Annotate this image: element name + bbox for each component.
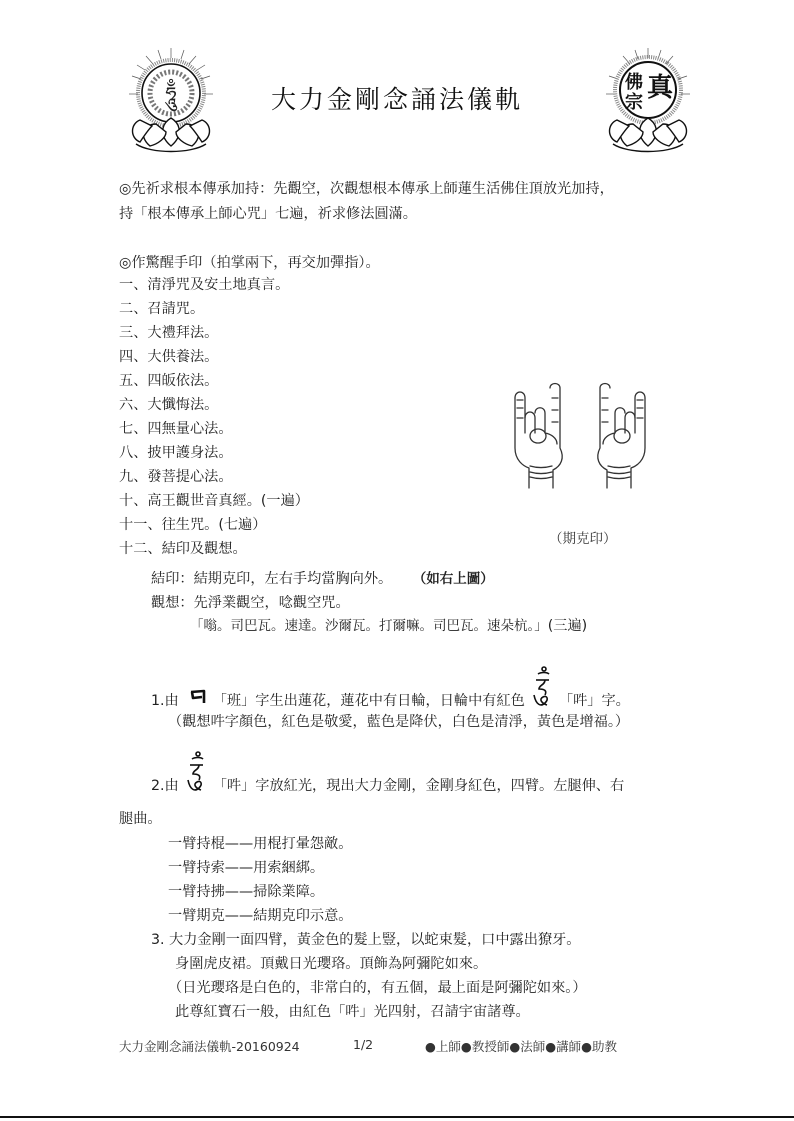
mantra-repeat: (三遍) [548,618,587,634]
seal-line: 結印：結期克印，左右手均當胸向外。 （如右上圖） [151,570,494,588]
tibetan-ban-syllable-icon [189,689,207,707]
list-item: 三、大禮拜法。 [119,324,218,342]
list-item: 九、發菩提心法。 [119,468,233,486]
page-title: 大力金剛念誦法儀軌 [240,80,554,116]
visualize-line: 觀想：先淨業觀空，唸觀空咒。 [151,594,350,612]
mantra-text: 「嗡。司巴瓦。速達。沙爾瓦。打爾嘛。司巴瓦。速朵杭。」 [190,618,548,634]
svg-text:佛: 佛 [625,71,643,93]
paragraph-2: 2.由「吽」字放紅光，現出大力金剛，金剛身紅色，四臂。左腿伸、右 [151,774,624,798]
mantra-line: 「嗡。司巴瓦。速達。沙爾瓦。打爾嘛。司巴瓦。速朵杭。」(三遍) [190,617,587,635]
para2-text: 「吽」字放紅光，現出大力金剛，金剛身紅色，四臂。左腿伸、右 [213,778,624,794]
tibetan-mantra-lotus-emblem-icon: ཧཱུྃ [126,46,216,154]
list-item: 一臂持拂——掃除業障。 [168,883,324,901]
list-item: 一臂持索——用索綑綁。 [168,859,324,877]
list-item: 二、召請咒。 [119,300,204,318]
para3-line-2: 身圍虎皮裙。頂戴日光瓔珞。頂飾為阿彌陀如來。 [175,955,487,973]
paragraph-1: 1.由「班」字生出蓮花，蓮花中有日輪，日輪中有紅色「吽」字。 [151,665,630,713]
tibetan-hum-syllable-icon [185,750,207,794]
tibetan-hum-syllable-icon [531,665,553,709]
para1-suffix: 「吽」字。 [559,693,630,709]
para2-prefix: 2.由 [151,778,179,794]
list-item: 一臂期克——結期克印示意。 [168,907,352,925]
list-item: 十、高王觀世音真經。(一遍） [119,492,309,510]
para3-line-3: （日光瓔珞是白色的，非常白的，有五個，最上面是阿彌陀如來。） [168,979,587,997]
list-item: 四、大供養法。 [119,348,218,366]
list-item: 六、大懺悔法。 [119,396,218,414]
svg-text:真: 真 [647,73,674,103]
footer-audience: ●上師●教授師●法師●講師●助教 [425,1037,617,1055]
document-page: ཧཱུྃ 大力金剛念誦法儀軌 [0,0,794,1121]
list-item: 一、清淨咒及安土地真言。 [119,276,289,294]
footer-doc-id: 大力金剛念誦法儀軌-20160924 [119,1037,300,1055]
para1-note: （觀想吽字顏色，紅色是敬愛，藍色是降伏，白色是清淨，黃色是增福。） [168,713,629,731]
svg-text:宗: 宗 [625,91,643,113]
zhen-fo-zong-lotus-emblem-icon: 佛 真 宗 [603,46,693,154]
seal-text: 結印：結期克印，左右手均當胸向外。 [151,571,392,587]
footer-page-number: 1/2 [353,1037,373,1052]
para3-line-4: 此尊紅寶石一般，由紅色「吽」光四射，召請宇宙諸尊。 [175,1003,530,1021]
intro-line-1: ◎先祈求根本傳承加持：先觀空，次觀想根本傳承上師蓮生活佛住頂放光加持， [119,180,614,198]
seal-note: （如右上圖） [413,571,494,587]
para3-line-1: 3. 大力金剛一面四臂，黃金色的髮上豎，以蛇束髮，口中露出獠牙。 [151,931,581,949]
list-item: 一臂持棍——用棍打暈怨敵。 [168,835,352,853]
para1-middle: 「班」字生出蓮花，蓮花中有日輪，日輪中有紅色 [213,693,525,709]
mudra-intro: ◎作驚醒手印（拍掌兩下，再交加彈指）。 [119,254,380,272]
page-bottom-rule [0,1116,794,1118]
hands-mudra-illustration-icon [505,378,655,493]
list-item: 八、披甲護身法。 [119,444,233,462]
intro-line-2: 持「根本傳承上師心咒」七遍，祈求修法圓滿。 [119,205,417,223]
list-item: 七、四無量心法。 [119,420,233,438]
list-item: 十一、往生咒。(七遍） [119,516,266,534]
para2-continuation: 腿曲。 [119,810,162,828]
para1-prefix: 1.由 [151,693,179,709]
list-item: 五、四皈依法。 [119,372,218,390]
figure-caption: （期克印） [549,527,617,547]
list-item: 十二、結印及觀想。 [119,540,247,558]
